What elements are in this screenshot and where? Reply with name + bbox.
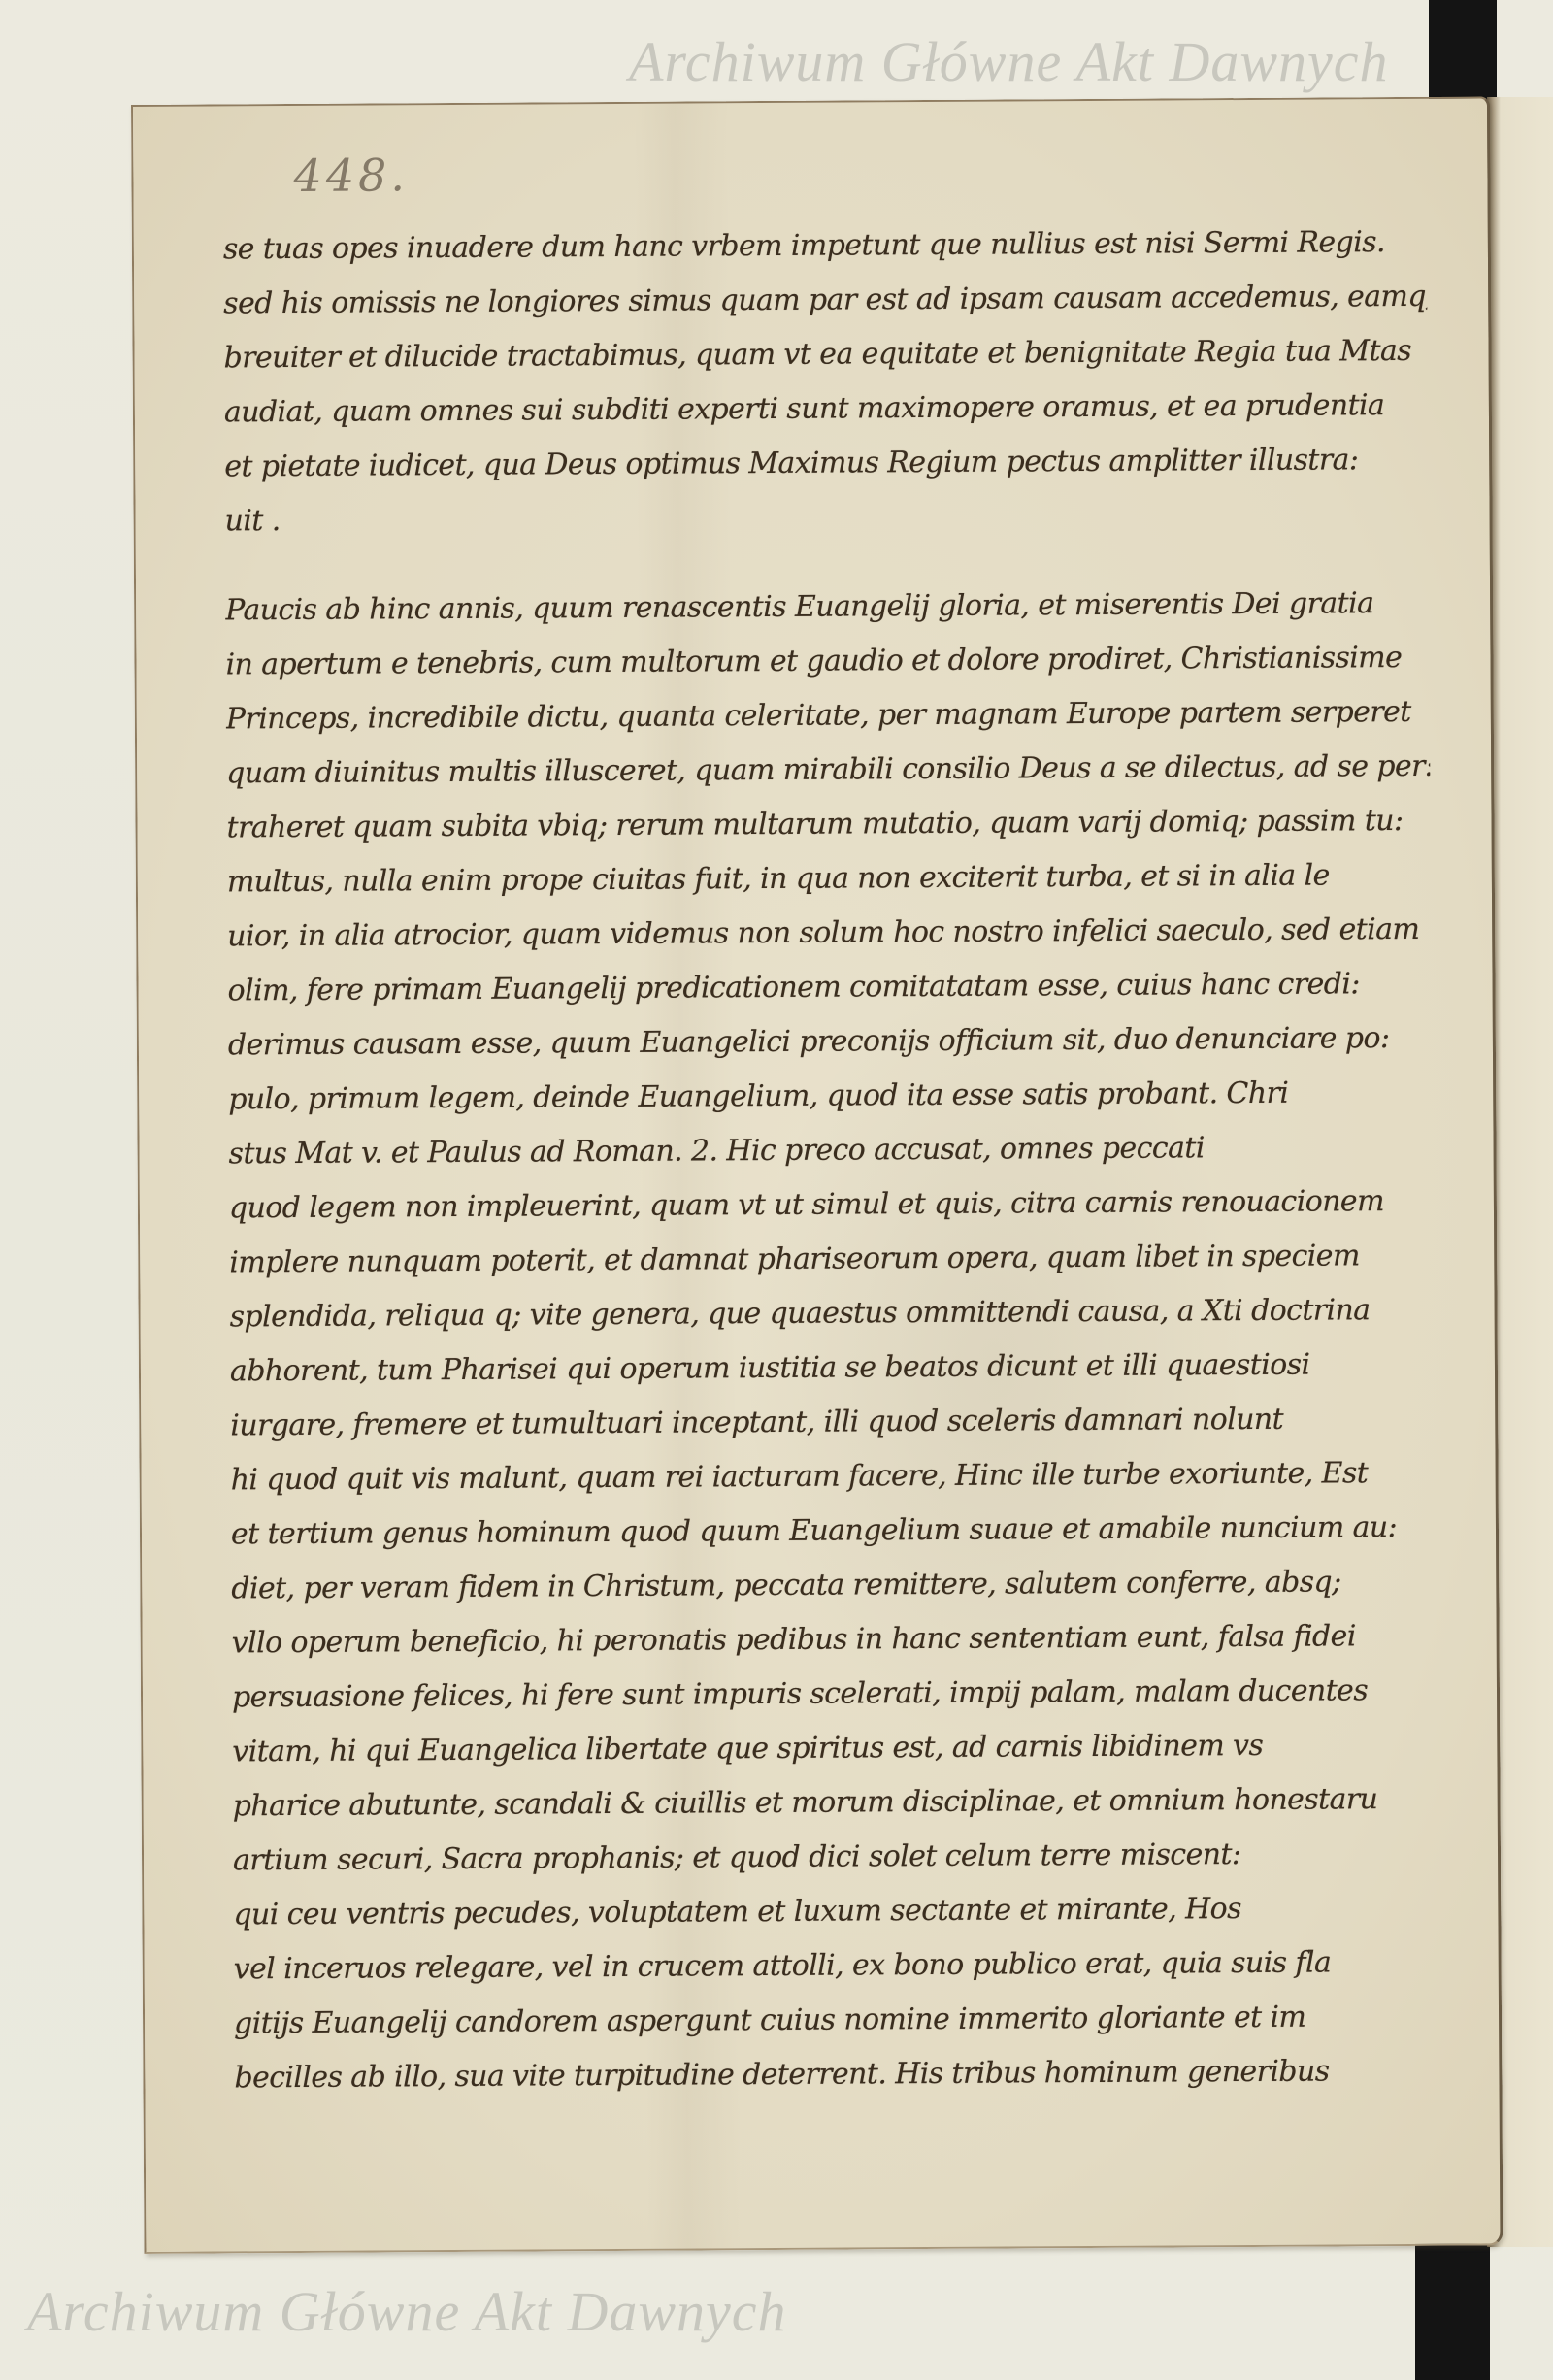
text-line: multus, nulla enim prope ciuitas fuit, i… xyxy=(227,848,1431,910)
text-line: se tuas opes inuadere dum hanc vrbem imp… xyxy=(223,215,1427,278)
text-line: implere nunquam poterit, et damnat phari… xyxy=(229,1229,1433,1291)
text-line: sed his omissis ne longiores simus quam … xyxy=(223,270,1427,332)
text-line: breuiter et dilucide tractabimus, quam v… xyxy=(223,324,1427,386)
text-line: traheret quam subita vbiq; rerum multaru… xyxy=(226,794,1430,856)
text-line: iurgare, fremere et tumultuari inceptant… xyxy=(230,1392,1434,1454)
text-line: diet, per veram fidem in Christum, pecca… xyxy=(231,1555,1435,1617)
manuscript-text: se tuas opes inuadere dum hanc vrbem imp… xyxy=(223,215,1439,2215)
text-line: abhorent, tum Pharisei qui operum iustit… xyxy=(230,1338,1434,1400)
text-line: quod legem non impleuerint, quam vt ut s… xyxy=(229,1174,1433,1237)
text-line: vllo operum beneficio, hi peronatis pedi… xyxy=(232,1609,1436,1671)
text-line: et pietate iudicet, qua Deus optimus Max… xyxy=(224,433,1428,495)
text-line: audiat, quam omnes sui subditi experti s… xyxy=(224,379,1428,441)
folio-number: 448. xyxy=(293,149,409,202)
text-line: quam diuinitus multis illusceret, quam m… xyxy=(226,740,1430,802)
text-line: derimus causam esse, quum Euangelici pre… xyxy=(228,1011,1432,1074)
paragraph-2: Paucis ab hinc annis, quum renascentis E… xyxy=(225,577,1438,2215)
text-line: gitijs Euangelij candorem aspergunt cuiu… xyxy=(234,1990,1437,2052)
text-line: vel inceruos relegare, vel in crucem att… xyxy=(234,1935,1437,1998)
text-line: becilles ab illo, sua vite turpitudine d… xyxy=(234,2044,1437,2106)
text-line: pulo, primum legem, deinde Euangelium, q… xyxy=(228,1066,1432,1128)
text-line: uior, in alia atrocior, quam videmus non… xyxy=(227,903,1431,965)
text-line: in apertum e tenebris, cum multorum et g… xyxy=(225,631,1429,693)
text-line: pharice abutunte, scandali & ciuillis et… xyxy=(233,1772,1437,1835)
binding-strip-top xyxy=(1429,0,1497,102)
text-line: artium securi, Sacra prophanis; et quod … xyxy=(233,1827,1437,1889)
text-line xyxy=(235,2099,1438,2161)
text-line: qui ceu ventris pecudes, voluptatem et l… xyxy=(233,1881,1437,1943)
text-line: splendida, reliqua q; vite genera, que q… xyxy=(229,1283,1433,1345)
text-line: persuasione felices, hi fere sunt impuri… xyxy=(232,1664,1436,1726)
manuscript-page: 448. se tuas opes inuadere dum hanc vrbe… xyxy=(131,96,1503,2254)
binding-strip-bottom xyxy=(1415,2228,1490,2380)
text-line: Paucis ab hinc annis, quum renascentis E… xyxy=(225,577,1429,639)
text-line: et tertium genus hominum quod quum Euang… xyxy=(231,1501,1435,1563)
text-line: Princeps, incredibile dictu, quanta cele… xyxy=(226,685,1430,747)
text-line xyxy=(235,2153,1438,2215)
text-line: hi quod quit vis malunt, quam rei iactur… xyxy=(230,1446,1434,1508)
text-line: uit . xyxy=(224,487,1428,549)
text-line: olim, fere primam Euangelij predicatione… xyxy=(227,957,1431,1019)
text-line: vitam, hi qui Euangelica libertate que s… xyxy=(232,1718,1436,1780)
text-line: stus Mat v. et Paulus ad Roman. 2. Hic p… xyxy=(228,1120,1432,1182)
paragraph-1: se tuas opes inuadere dum hanc vrbem imp… xyxy=(223,215,1429,549)
